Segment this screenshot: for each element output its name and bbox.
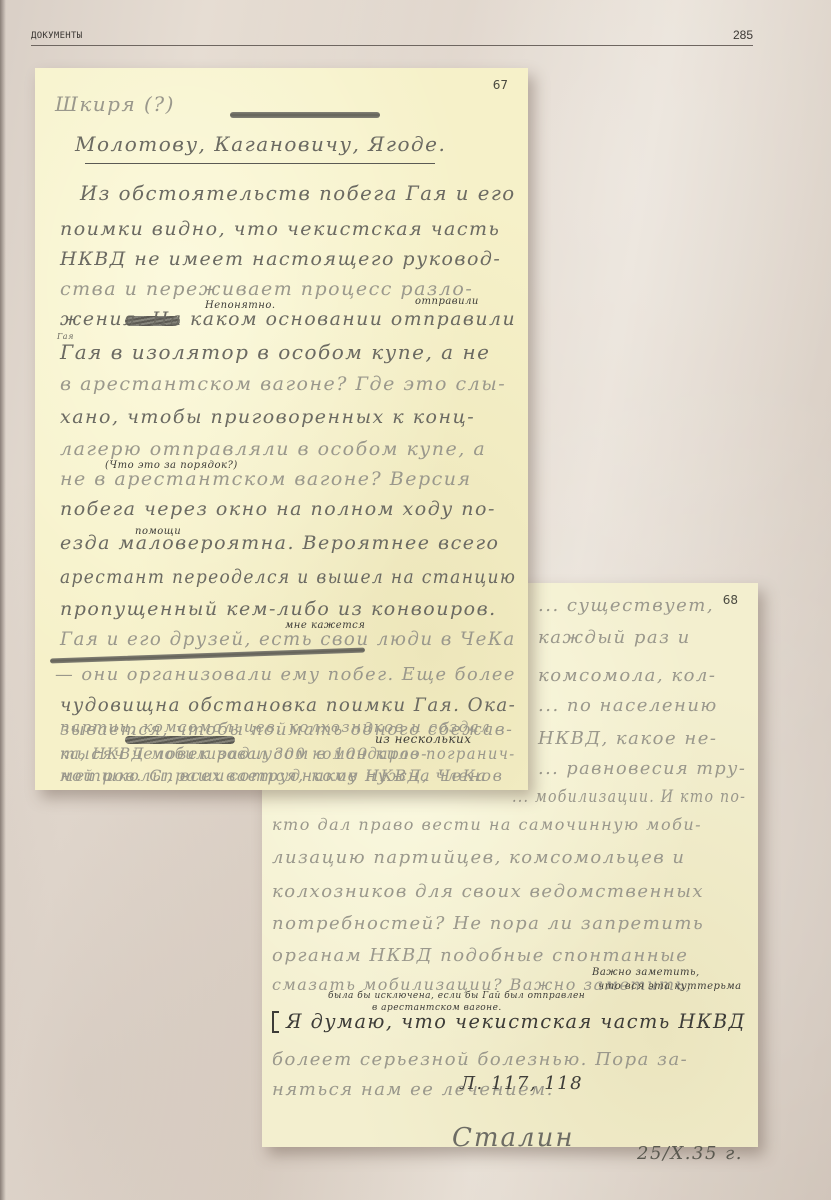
handwritten-line: не в арестантском вагоне? Версия [60,468,472,490]
handwritten-line: каждый раз и [538,627,691,648]
addressees-line: Молотову, Кагановичу, Ягоде. [75,132,446,156]
margin-note: была бы исключена, если бы Гай был отпра… [328,991,585,1001]
handwritten-line: жения. На каком основании отправили [60,308,516,330]
handwritten-line: ... мобилизации. И кто по- [512,787,746,807]
handwritten-line: ... по населению [538,695,718,716]
handwritten-line: — они организовали ему побег. Еще более [55,664,516,685]
annotation-otpravili: отправили [415,296,479,307]
margin-note: что вся эта куттерьма [598,981,742,992]
handwritten-line: Гая в изолятор в особом купе, а не [60,340,490,364]
underline [85,163,435,164]
handwritten-line: НКВД не имеет настоящего руковод- [60,248,501,270]
folio-number: 68 [723,593,738,607]
archive-reference: Л. 117, 118 [460,1073,583,1094]
handwritten-line: лагерю отправляли в особом купе, а [60,438,486,460]
manuscript-sheet-67-bottom: партии, комсомольцев, колхозников и созд… [35,720,528,790]
handwritten-line: органам НКВД подобные спонтанные [272,945,688,966]
page-header: ДОКУМЕНТЫ 285 [31,27,753,46]
handwritten-line: езда маловероятна. Вероятнее всего [60,532,500,554]
handwritten-line: хано, чтобы приговоренных к конц- [60,406,475,428]
handwritten-line: ... существует, [538,595,714,616]
handwritten-line: Я думаю, что чекистская часть НКВД [286,1009,746,1033]
handwritten-line: побега через окно на полном ходу по- [60,498,496,520]
handwritten-line: лизацию партийцев, комсомольцев и [272,847,686,868]
handwritten-line: потребностей? Не пора ли запретить [272,913,704,934]
scribbled-out-text [125,736,235,744]
handwritten-line: чудовищна обстановка поимки Гая. Ока- [60,694,516,716]
margin-note: Важно заметить, [592,967,700,978]
document-date: 25/X.35 г. [637,1143,743,1164]
folio-number: 67 [493,78,508,92]
page-number: 285 [733,28,753,42]
handwritten-line: пропущенный кем-либо из конвоиров. [60,598,497,620]
handwritten-line: ства и переживает процесс разло- [60,278,473,300]
handwritten-line: Гая и его друзей, есть свои люди в ЧеКа [60,628,516,650]
handwritten-line: метров. Спрашивается, кому нужна ЧеКа [60,766,488,785]
handwritten-line: ... равновесия тру- [538,758,746,779]
crossed-out-text [230,112,380,118]
signature: Сталин [452,1123,574,1153]
section-title: ДОКУМЕНТЫ [31,31,82,41]
handwritten-line: НКВД, какое не- [538,728,717,749]
manuscript-sheet-67: 67 Шкиря (?) Молотову, Кагановичу, Ягоде… [35,68,528,790]
handwritten-line: кто дал право вести на самочинную моби- [272,815,702,834]
handwritten-line: Шкиря (?) [55,92,175,116]
handwritten-line: болеет серьезной болезнью. Пора за- [272,1049,688,1070]
handwritten-line: в арестантском вагоне? Где это слы- [60,373,506,395]
handwritten-line: тысяч человек радиусом в 100 кило- [60,744,428,763]
book-spine-shadow [0,0,6,1200]
handwritten-line: арестант переоделся и вышел на станцию [60,566,516,588]
handwritten-line: поимки видно, что чекистская часть [60,218,500,240]
bracket-mark [272,1011,279,1033]
handwritten-line: колхозников для своих ведомственных [272,881,704,902]
handwritten-line: комсомола, кол- [538,665,716,686]
handwritten-line: Из обстоятельств побега Гая и его [80,181,516,205]
